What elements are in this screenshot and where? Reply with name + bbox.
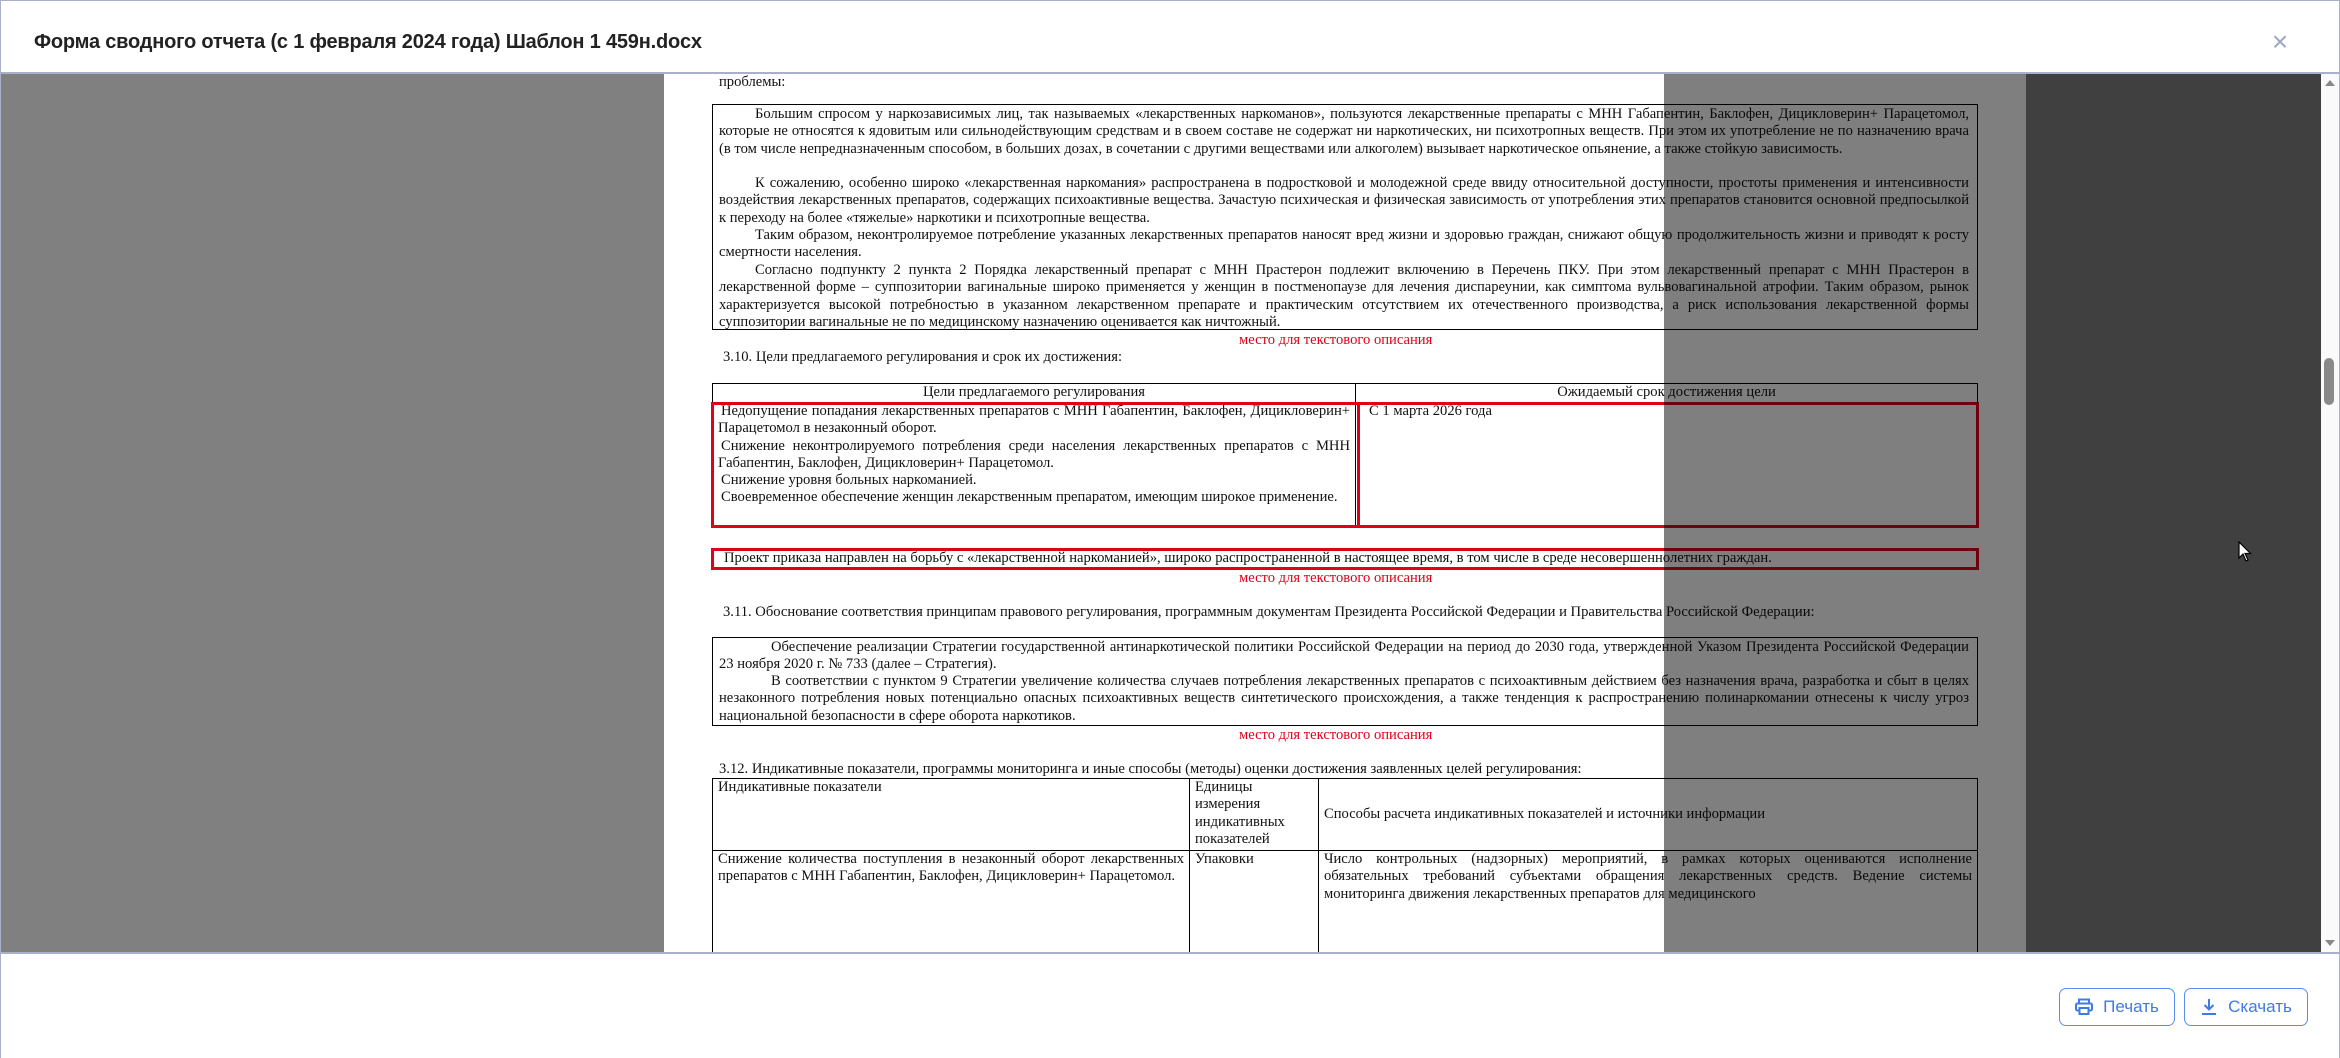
paragraph: Согласно подпункту 2 пункта 2 Порядка ле… (719, 262, 1969, 331)
dialog-title: Форма сводного отчета (с 1 февраля 2024 … (34, 31, 702, 54)
document-preview-dialog: Форма сводного отчета (с 1 февраля 2024 … (0, 0, 2340, 1058)
placeholder-label: место для текстового описания (1239, 332, 1432, 349)
highlight-frame (711, 402, 1979, 528)
problem-description-box: Большим спросом у наркозависимых лиц, та… (712, 104, 1978, 330)
placeholder-label: место для текстового описания (1239, 727, 1432, 744)
column-header: Ожидаемый срок достижения цели (1356, 384, 1978, 403)
column-header: Цели предлагаемого регулирования (713, 384, 1356, 403)
placeholder-label: место для текстового описания (1239, 570, 1432, 587)
download-label: Скачать (2228, 997, 2292, 1017)
print-label: Печать (2103, 997, 2159, 1017)
paragraph: Обеспечение реализации Стратегии государ… (719, 639, 1969, 674)
close-icon[interactable]: × (2269, 31, 2291, 53)
scroll-up-icon[interactable] (2325, 80, 2335, 86)
method-cell: Число контрольных (надзорных) мероприяти… (1319, 851, 1978, 953)
justification-box: Обеспечение реализации Стратегии государ… (712, 637, 1978, 726)
paragraph: В соответствии с пунктом 9 Стратегии уве… (719, 673, 1969, 725)
document-page: проблемы: Большим спросом у наркозависим… (664, 74, 2026, 952)
scroll-down-icon[interactable] (2325, 940, 2335, 946)
printer-icon (2075, 998, 2093, 1016)
paragraph: К сожалению, особенно широко «лекарствен… (719, 175, 1969, 227)
text-fragment: проблемы: (719, 74, 785, 91)
column-header: Индикативные показатели (713, 779, 1190, 851)
vertical-scrollbar[interactable] (2321, 74, 2339, 952)
indicator-cell: Снижение количества поступления в незако… (713, 851, 1190, 953)
paragraph: Таким образом, неконтролируемое потребле… (719, 227, 1969, 262)
dialog-header: Форма сводного отчета (с 1 февраля 2024 … (1, 1, 2339, 74)
unit-cell: Упаковки (1190, 851, 1319, 953)
dialog-footer: Печать Скачать (1, 952, 2339, 1058)
scrollbar-thumb[interactable] (2324, 358, 2334, 405)
column-header: Способы расчета индикативных показателей… (1319, 779, 1978, 851)
document-viewer[interactable]: проблемы: Большим спросом у наркозависим… (1, 74, 2321, 952)
download-button[interactable]: Скачать (2184, 988, 2308, 1026)
column-header: Единицы измерения индикативных показател… (1190, 779, 1319, 851)
print-button[interactable]: Печать (2059, 988, 2175, 1026)
download-icon (2200, 998, 2218, 1016)
section-heading-3-10: 3.10. Цели предлагаемого регулирования и… (723, 349, 1122, 366)
highlight-divider (1357, 402, 1360, 528)
section-heading-3-12: 3.12. Индикативные показатели, программы… (719, 761, 1582, 778)
indicators-table: Индикативные показатели Единицы измерени… (712, 778, 1978, 952)
paragraph: Большим спросом у наркозависимых лиц, та… (719, 106, 1969, 158)
section-heading-3-11: 3.11. Обоснование соответствия принципам… (723, 604, 1815, 621)
summary-text: Проект приказа направлен на борьбу с «ле… (724, 550, 1772, 567)
